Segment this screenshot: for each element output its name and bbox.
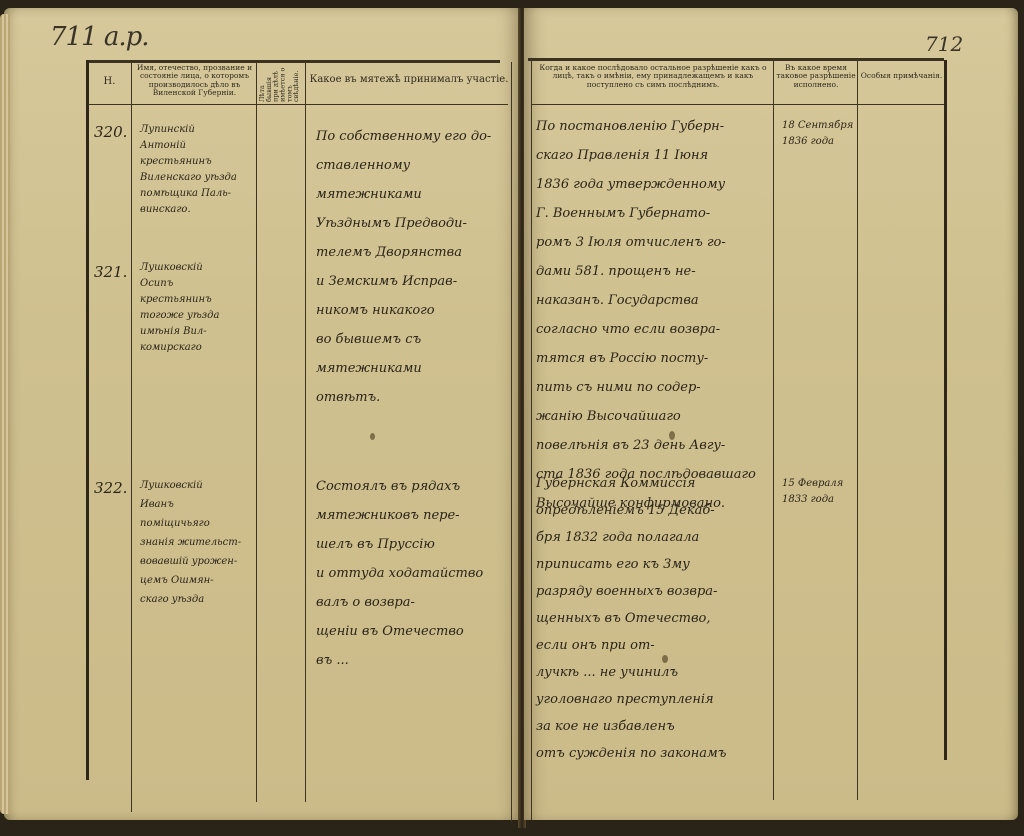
col-line — [131, 62, 132, 812]
col-line — [857, 60, 858, 800]
header-age: Лѣта бывшія при дѣлѣ имѣется о томъ свѣд… — [259, 64, 303, 102]
col-line — [256, 62, 257, 802]
entry-participation: Состоялъ въ рядахъ мятежниковъ пере- шел… — [316, 472, 511, 675]
entry-resolution: Губернская Коммиссія опредѣленіемъ 15 Де… — [536, 470, 772, 767]
page-edges — [0, 14, 10, 814]
ink-stain — [370, 433, 375, 440]
header-bottom-rule-left — [88, 104, 508, 105]
header-resolution: Когда и какое послѣдовало остальное разр… — [533, 64, 773, 89]
header-number: Н. — [88, 76, 131, 87]
col-line — [511, 62, 512, 822]
col-line — [305, 62, 306, 802]
left-folio-number: 711 а.р. — [50, 22, 149, 52]
entry-resolution: По постановленію Губерн- скаго Правленія… — [536, 112, 772, 518]
right-folio-number: 712 — [925, 32, 963, 56]
entry-number: 322. — [94, 474, 127, 503]
entry-executed-when: 18 Сентября 1836 года — [782, 118, 856, 150]
entry-name: Лупинскій Антоній крестьянинъ Виленскаго… — [140, 122, 255, 218]
header-participation: Какое въ мятежѣ принималъ участіе. — [308, 74, 510, 85]
entry-number: 320. — [94, 118, 127, 147]
header-executed-when: Въ какое время таковое разрѣшеніе исполн… — [775, 64, 857, 89]
entry-name: Лушковскій Иванъ поміщичьяго знанія жите… — [140, 476, 255, 609]
ink-stain — [669, 431, 675, 440]
header-rule-right — [528, 58, 944, 61]
header-remarks: Особыя примѣчанія. — [859, 72, 944, 80]
entry-name: Лушковскій Осипъ крестьянинъ тогоже уѣзд… — [140, 260, 255, 356]
col-line — [531, 60, 532, 820]
open-ledger: 711 а.р. 712 Н. Имя, отечество, прозвани… — [0, 0, 1024, 836]
ink-stain — [662, 655, 668, 663]
col-line — [773, 60, 774, 800]
right-border-line — [944, 60, 947, 760]
left-border-line — [86, 60, 89, 780]
entry-executed-when: 15 Февраля 1833 года — [782, 476, 856, 508]
header-name: Имя, отечество, прозвание и состояніе ли… — [134, 64, 255, 97]
header-bottom-rule-right — [531, 104, 944, 105]
entry-participation: По собственному его до- ставленному мяте… — [316, 122, 511, 412]
entry-number: 321. — [94, 258, 127, 287]
